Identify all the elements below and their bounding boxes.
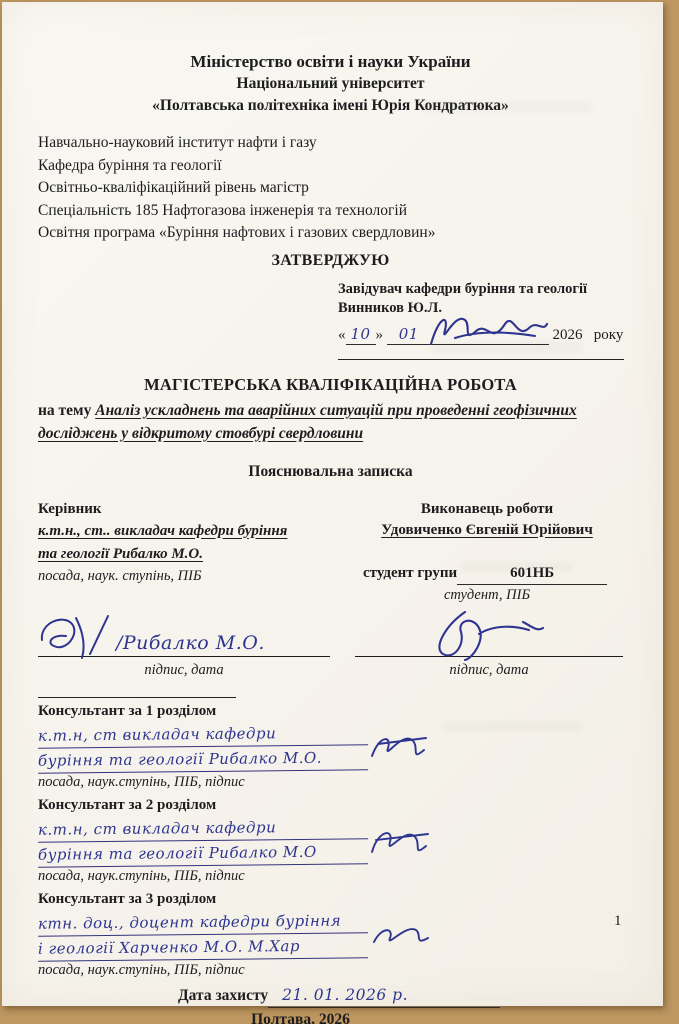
approval-year: 2026 xyxy=(553,327,583,343)
supervisor-signature-line: /Рибалко М.О. xyxy=(38,612,330,657)
roles-section: Керівник к.т.н., ст.. викладач кафедри б… xyxy=(38,499,623,606)
consultant-1-signature-icon xyxy=(368,728,432,768)
executor-signature-line xyxy=(355,612,623,657)
supervisor-line2: та геології Рибалко М.О. xyxy=(38,543,343,566)
consultant-2-caption: посада, наук.ступінь, ПІБ, підпис xyxy=(38,866,623,886)
group-label: студент групи xyxy=(363,565,457,581)
institute-info: Навчально-науковий інститут нафти і газу… xyxy=(38,132,623,245)
head-title: Завідувач кафедри буріння та геології xyxy=(338,280,630,299)
topic-line1: Аналіз ускладнень та аварійних ситуацій … xyxy=(95,402,577,419)
executor-block: Виконавець роботи Удовиченко Євгеній Юрі… xyxy=(351,499,623,606)
work-type-title: МАГІСТЕРСЬКА КВАЛІФІКАЦІЙНА РОБОТА xyxy=(38,374,623,396)
quote-close: » xyxy=(376,327,384,343)
topic-paragraph: на тему Аналіз ускладнень та аварійних с… xyxy=(38,399,623,445)
consultant-3-signature-icon xyxy=(368,916,432,956)
bleed-through-artifact xyxy=(422,102,592,112)
consultant-1-caption: посада, наук.ступінь, ПІБ, підпис xyxy=(38,772,623,792)
info-line-department: Кафедра буріння та геології xyxy=(38,155,623,178)
supervisor-caption: посада, наук. ступінь, ПІБ xyxy=(38,566,343,587)
approve-heading: ЗАТВЕРДЖУЮ xyxy=(38,250,623,272)
consultant-2-label: Консультант за 2 розділом xyxy=(38,794,623,816)
executor-name: Удовиченко Євгеній Юрійович xyxy=(351,520,623,541)
consultant-1-hand-line1: к.т.н, ст викладач кафедри xyxy=(38,720,368,748)
executor-signature-cell: підпис, дата xyxy=(355,612,623,681)
explanatory-note-subtitle: Пояснювальна записка xyxy=(38,461,623,483)
bleed-through-artifact xyxy=(462,562,572,571)
consultant-3-hand-line2: і геології Харченко М.О. М.Хар xyxy=(38,933,368,961)
supervisor-signature-icon xyxy=(38,610,118,662)
supervisor-signature-name: /Рибалко М.О. xyxy=(116,632,265,654)
consultant-2-block: Консультант за 2 розділом к.т.н, ст викл… xyxy=(38,794,623,886)
topic-label: на тему xyxy=(38,402,91,419)
consultant-2-hand-line1: к.т.н, ст викладач кафедри xyxy=(38,814,368,842)
document-page: Міністерство освіти і науки України Наці… xyxy=(2,2,663,1006)
executor-caption: студент, ПІБ xyxy=(351,585,623,606)
consultant-2-handwriting: к.т.н, ст викладач кафедри буріння та ге… xyxy=(38,816,468,866)
approval-block: Завідувач кафедри буріння та геології Ви… xyxy=(338,280,630,360)
university-title: Національний університет xyxy=(38,73,623,95)
supervisor-signature-cell: /Рибалко М.О. підпис, дата xyxy=(38,612,330,681)
signatures-row: /Рибалко М.О. підпис, дата підпис, дата xyxy=(38,612,623,681)
info-line-specialty: Спеціальність 185 Нафтогазова інженерія … xyxy=(38,200,623,223)
defense-date-label: Дата захисту xyxy=(178,987,268,1004)
handwritten-month: 01 xyxy=(399,325,419,344)
consultant-3-handwriting: ктн. доц., доцент кафедри буріння і геол… xyxy=(38,910,468,960)
info-line-institute: Навчально-науковий інститут нафти і газу xyxy=(38,132,623,155)
consultant-2-hand-line2: буріння та геології Рибалко М.О xyxy=(38,839,368,867)
executor-signature-icon xyxy=(425,606,565,662)
city-year: Полтава, 2026 xyxy=(38,1009,563,1024)
topic-line2: досліджень у відкритому стовбурі свердло… xyxy=(38,425,363,442)
approval-year-word: року xyxy=(594,327,624,343)
consultant-3-caption: посада, наук.ступінь, ПІБ, підпис xyxy=(38,960,623,980)
quote-open: « xyxy=(338,327,346,343)
executor-signature-caption: підпис, дата xyxy=(355,659,623,681)
consultant-1-block: Консультант за 1 розділом к.т.н, ст викл… xyxy=(38,700,623,792)
handwritten-day: 10 xyxy=(346,325,376,345)
supervisor-label: Керівник xyxy=(38,499,343,520)
consultant-2-signature-icon xyxy=(368,822,432,862)
consultant-1-hand-line2: буріння та геології Рибалко М.О. xyxy=(38,745,368,773)
approval-date-row: «10» 01 2026 року xyxy=(338,324,630,345)
consultant-3-block: Консультант за 3 розділом ктн. доц., доц… xyxy=(38,888,623,980)
consultant-3-label: Консультант за 3 розділом xyxy=(38,888,623,910)
page-number: 1 xyxy=(614,910,622,932)
ministry-title: Міністерство освіти і науки України xyxy=(38,50,623,73)
consultant-1-label: Консультант за 1 розділом xyxy=(38,700,623,722)
supervisor-signature-caption: підпис, дата xyxy=(38,659,330,681)
approval-rule xyxy=(338,359,624,360)
defense-date-row: Дата захисту21. 01. 2026 р. xyxy=(178,984,623,1008)
info-line-program: Освітня програма «Буріння нафтових і газ… xyxy=(38,222,623,245)
head-signature-icon xyxy=(425,308,550,350)
consultant-separator-rule xyxy=(38,697,236,698)
executor-label: Виконавець роботи xyxy=(351,499,623,520)
info-line-level: Освітньо-кваліфікаційний рівень магістр xyxy=(38,177,623,200)
consultant-1-handwriting: к.т.н, ст викладач кафедри буріння та ге… xyxy=(38,722,468,772)
supervisor-line1: к.т.н., ст.. викладач кафедри буріння xyxy=(38,520,343,543)
handwritten-defense-date: 21. 01. 2026 р. xyxy=(282,986,408,1004)
consultant-3-hand-line1: ктн. доц., доцент кафедри буріння xyxy=(38,908,368,936)
handwritten-month-line: 01 xyxy=(387,324,549,345)
supervisor-block: Керівник к.т.н., ст.. викладач кафедри б… xyxy=(38,499,343,606)
